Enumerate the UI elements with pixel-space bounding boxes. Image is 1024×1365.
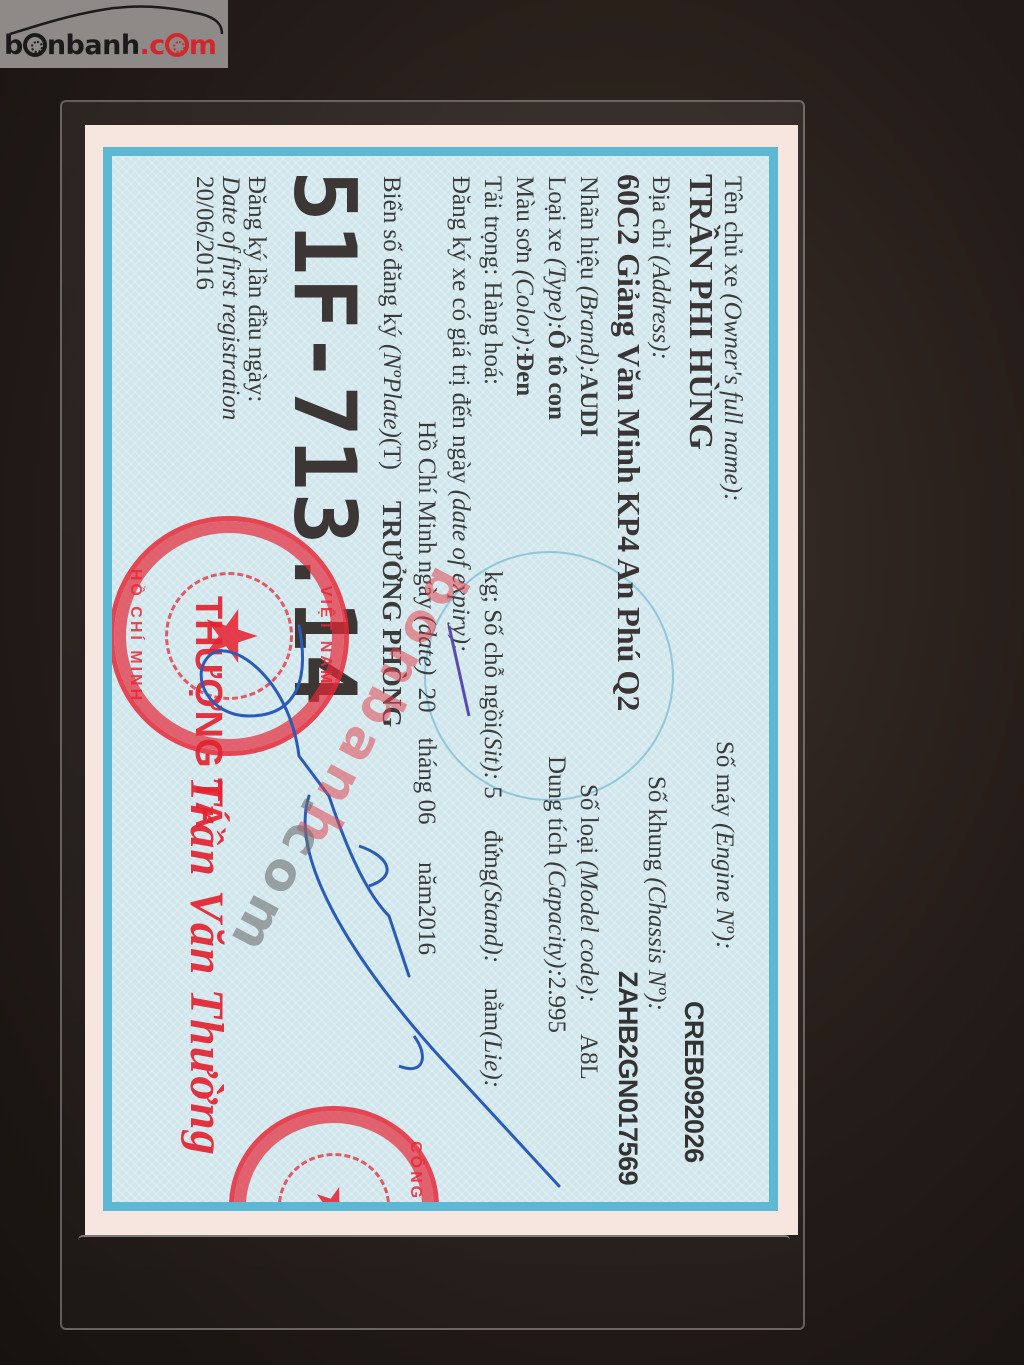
seats-row: kg; Số chỗ ngồi(Sit): 5 đứng(Stand): nằm… — [480, 571, 505, 1088]
address-label: Địa chỉ (Address): — [648, 176, 673, 360]
stamp-signer-name: Trần Văn Thường — [179, 776, 234, 1156]
color-value: Đen — [511, 353, 538, 396]
vehicle-registration-card: Tên chủ xe (Owner's full name): TRẦN PHI… — [85, 125, 798, 1235]
model-row: Số loại (Model code): A8L — [576, 784, 601, 1080]
star-icon: ★ — [309, 1184, 359, 1211]
capacity-row: Dung tích (Capacity):2.995 — [544, 756, 569, 1033]
logo-wordmark: bnbanh.cm — [4, 30, 216, 61]
brand-row: Nhãn hiệu (Brand):AUDI — [576, 176, 601, 437]
plate-label: Biển số đăng ký (NºPlate)(T) — [379, 176, 404, 470]
engine-label: Số máy (Engine Nº): — [712, 741, 737, 949]
chassis-number: ZAHB2GN017569 — [614, 971, 641, 1185]
chassis-label: Số khung (Chassis Nº): — [644, 776, 669, 1011]
first-registration-date: 20/06/2016 — [192, 176, 217, 290]
load-label: Tải trọng: Hàng hoá: — [480, 176, 505, 385]
color-row: Màu sơn (Color):Đen — [512, 176, 537, 396]
watermark-text-grey: .com — [215, 788, 349, 968]
first-registration-label: Đăng ký lần đầu ngày: — [244, 176, 269, 402]
owner-name: TRẦN PHI HÙNG — [683, 174, 717, 450]
wheel-icon — [165, 33, 189, 57]
model-value: A8L — [575, 1034, 602, 1080]
type-row: Loại xe (Type):Ô tô con — [544, 176, 569, 420]
seats-value: 5 — [479, 786, 506, 799]
card-security-panel: Tên chủ xe (Owner's full name): TRẦN PHI… — [103, 147, 778, 1211]
first-registration-label-en: Date of first registration — [218, 176, 243, 420]
owner-label: Tên chủ xe (Owner's full name): — [720, 176, 745, 501]
wheel-icon — [23, 33, 47, 57]
capacity-value: 2.995 — [543, 977, 570, 1033]
engine-number: CREB092026 — [680, 1001, 707, 1163]
card-content-rotated: Tên chủ xe (Owner's full name): TRẦN PHI… — [112, 156, 769, 1202]
secondary-police-stamp: CÔNG AN TP ★ — [229, 1106, 439, 1211]
sleeve-bottom-edge — [78, 1235, 790, 1245]
type-value: Ô tô con — [543, 330, 570, 420]
brand-value: AUDI — [575, 373, 602, 437]
official-police-stamp: VIỆT NAM ★ HỒ CHÍ MINH — [109, 516, 349, 756]
address-value: 60C2 Giảng Văn Minh KP4 An Phú Q2 — [613, 174, 645, 711]
bonbanh-logo: bnbanh.cm — [0, 0, 228, 68]
